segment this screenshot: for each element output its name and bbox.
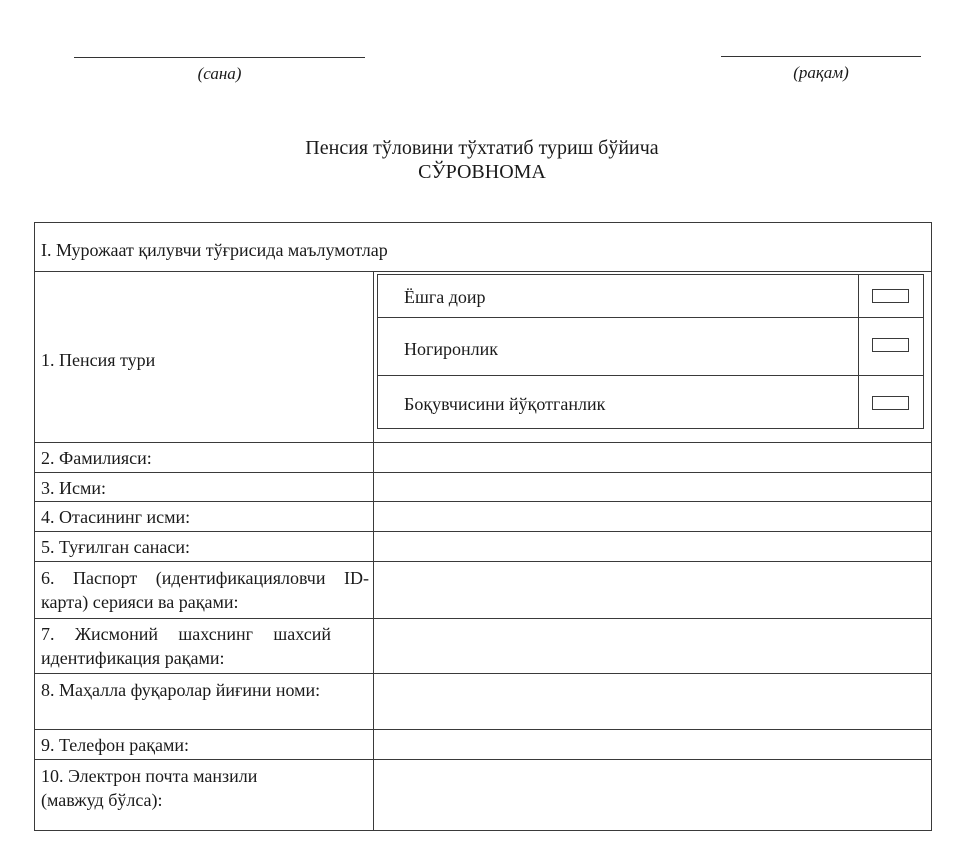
field-label-first-name: 3. Исми: <box>41 476 106 500</box>
date-label: (сана) <box>74 64 365 84</box>
pension-type-label: 1. Пенсия тури <box>41 348 155 372</box>
number-line[interactable] <box>721 56 921 57</box>
field-label-mahalla: 8. Маҳалла фуқаролар йиғини номи: <box>41 678 366 702</box>
column-divider <box>373 271 374 831</box>
email-input[interactable] <box>375 761 934 831</box>
surname-input[interactable] <box>375 444 934 473</box>
birth-date-input[interactable] <box>375 533 934 562</box>
patronymic-input[interactable] <box>375 503 934 532</box>
checkbox-survivor[interactable] <box>872 396 909 410</box>
section-heading: I. Мурожаат қилувчи тўғрисида маълумотла… <box>41 238 388 262</box>
checkbox-disability[interactable] <box>872 338 909 352</box>
option-label-survivor: Боқувчисини йўқотганлик <box>404 394 605 415</box>
document-subtitle: СЎРОВНОМА <box>0 161 964 183</box>
field-label-surname: 2. Фамилияси: <box>41 446 152 470</box>
document-title: Пенсия тўловини тўхтатиб туриш бўйича <box>0 137 964 159</box>
checkbox-age[interactable] <box>872 289 909 303</box>
field-label-pinfl: 7. Жисмоний шахснинг шахсий идентификаци… <box>41 622 331 670</box>
date-line[interactable] <box>74 57 365 58</box>
number-label: (рақам) <box>721 63 921 83</box>
option-label-disability: Ногиронлик <box>404 339 498 360</box>
field-label-email: 10. Электрон почта манзили (мавжуд бўлса… <box>41 764 311 812</box>
pinfl-input[interactable] <box>375 620 934 674</box>
field-label-birth-date: 5. Туғилган санаси: <box>41 535 190 559</box>
field-label-patronymic: 4. Отасининг исми: <box>41 505 190 529</box>
pension-type-options: Ёшга доир Ногиронлик Боқувчисини йўқотга… <box>377 274 924 429</box>
field-label-passport: 6. Паспорт (идентификацияловчи ID-карта)… <box>41 566 369 614</box>
first-name-input[interactable] <box>375 474 934 502</box>
phone-input[interactable] <box>375 731 934 760</box>
mahalla-input[interactable] <box>375 675 934 730</box>
passport-input[interactable] <box>375 563 934 619</box>
option-label-age: Ёшга доир <box>404 287 486 308</box>
field-label-phone: 9. Телефон рақами: <box>41 733 189 757</box>
